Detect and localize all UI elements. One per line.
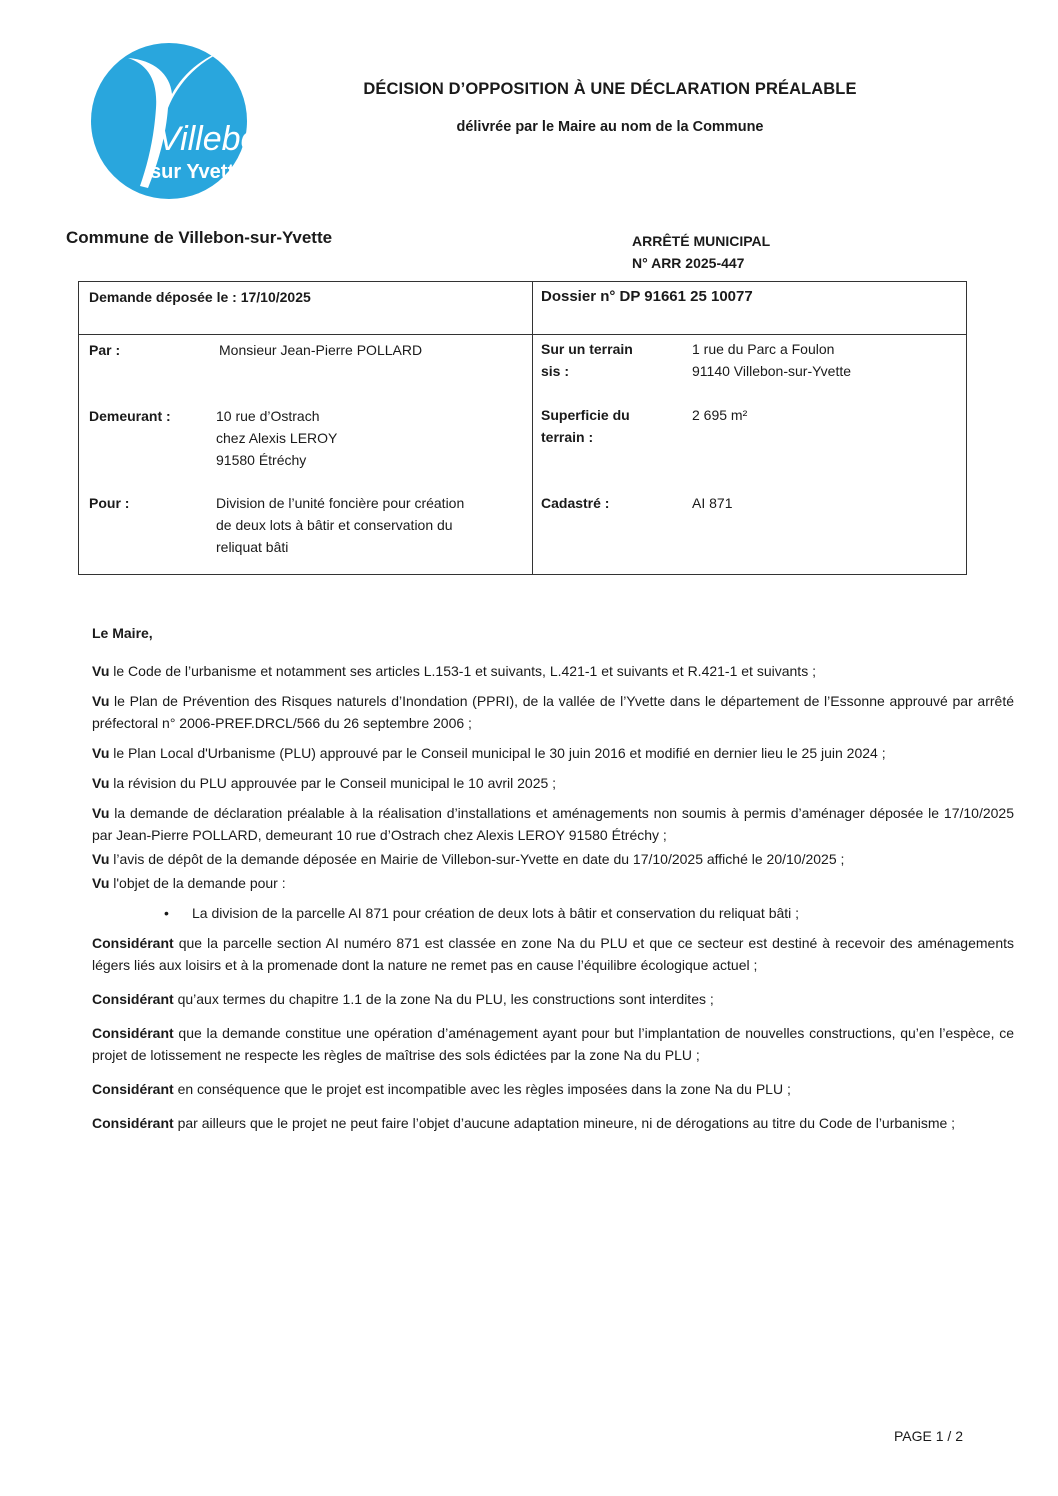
table-divider-horizontal <box>79 334 966 335</box>
vu-clause: Vu le Code de l’urbanisme et notamment s… <box>92 660 1014 682</box>
vu-clause: Vu le Plan Local d'Urbanisme (PLU) appro… <box>92 742 1014 764</box>
vu-clause: Vu la révision du PLU approuvée par le C… <box>92 772 1014 794</box>
dossier-number: Dossier n° DP 91661 25 10077 <box>541 286 753 308</box>
dossier-info-table: Demande déposée le : 17/10/2025 Dossier … <box>78 281 967 575</box>
bullet-item: • La division de la parcelle AI 871 pour… <box>92 902 1014 924</box>
considerant-clause: Considérant en conséquence que le projet… <box>92 1078 1014 1100</box>
considerant-clause: Considérant qu’aux termes du chapitre 1.… <box>92 988 1014 1010</box>
decision-body: Le Maire, Vu le Code de l’urbanisme et n… <box>92 622 1014 1142</box>
pour-label: Pour : <box>89 492 129 514</box>
document-subtitle: délivrée par le Maire au nom de la Commu… <box>330 119 890 135</box>
demande-date: Demande déposée le : 17/10/2025 <box>89 286 311 308</box>
vu-clause: Vu la demande de déclaration préalable à… <box>92 802 1014 846</box>
considerant-clause: Considérant que la demande constitue une… <box>92 1022 1014 1066</box>
demeurant-label: Demeurant : <box>89 405 171 427</box>
arrete-number: N° ARR 2025-447 <box>632 252 770 274</box>
villebon-logo: Villebon sur Yvette <box>88 38 250 200</box>
demeurant-value: 10 rue d’Ostrach chez Alexis LEROY 91580… <box>216 405 337 471</box>
opening-line: Le Maire, <box>92 625 153 641</box>
superficie-label: Superficie du terrain : <box>541 404 630 448</box>
arrete-block: ARRÊTÉ MUNICIPAL N° ARR 2025-447 <box>632 230 770 274</box>
document-title: DÉCISION D’OPPOSITION À UNE DÉCLARATION … <box>330 80 890 99</box>
cadastre-label: Cadastré : <box>541 492 609 514</box>
logo-emblem-icon: Villebon sur Yvette <box>88 38 250 200</box>
considerant-clause: Considérant que la parcelle section AI n… <box>92 932 1014 976</box>
terrain-address: 1 rue du Parc a Foulon 91140 Villebon-su… <box>692 338 851 382</box>
pour-value: Division de l’unité foncière pour créati… <box>216 492 464 558</box>
commune-name: Commune de Villebon-sur-Yvette <box>66 228 332 248</box>
page-number: PAGE 1 / 2 <box>894 1428 963 1444</box>
vu-clause: Vu le Plan de Prévention des Risques nat… <box>92 690 1014 734</box>
svg-text:sur Yvette: sur Yvette <box>150 161 245 183</box>
arrete-label: ARRÊTÉ MUNICIPAL <box>632 230 770 252</box>
terrain-label: Sur un terrain sis : <box>541 338 633 382</box>
vu-clause: Vu l'objet de la demande pour : <box>92 872 1014 894</box>
bullet-icon: • <box>164 902 169 924</box>
vu-clause: Vu l’avis de dépôt de la demande déposée… <box>92 848 1014 870</box>
superficie-value: 2 695 m² <box>692 404 747 426</box>
svg-text:Villebon: Villebon <box>158 120 250 158</box>
par-value: Monsieur Jean-Pierre POLLARD <box>219 339 422 361</box>
table-divider-vertical <box>532 282 533 574</box>
considerant-clause: Considérant par ailleurs que le projet n… <box>92 1112 1014 1134</box>
cadastre-value: AI 871 <box>692 492 732 514</box>
par-label: Par : <box>89 339 120 361</box>
